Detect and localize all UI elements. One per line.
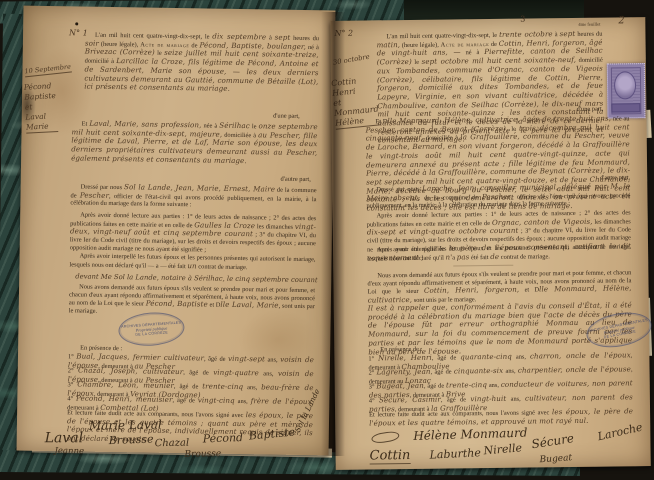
sheet-label: 4me feuillet <box>578 22 600 27</box>
section-divider <box>453 265 513 267</box>
groom-opening-paragraph: L'an mil huit cent quatre-vingt-dix-sept… <box>84 31 319 96</box>
signature: Sécure <box>531 431 575 451</box>
signature: Brousse <box>108 433 153 448</box>
revenue-stamp-band <box>611 103 640 112</box>
revenue-stamp <box>607 63 646 118</box>
book-cover-top-dark-edge <box>404 0 584 20</box>
scanned-marriage-register-spread: N° 1 10 Septembre Pécond Baptiste et Lav… <box>0 0 654 480</box>
margin-date: 10 Septembre <box>24 62 71 78</box>
interpelle-paragraph: Après avoir interpellé les futurs époux … <box>367 243 631 263</box>
bride-paragraph: Et Laval, Marie, sans profession, née à … <box>71 119 318 166</box>
signature: Brousse <box>184 449 221 460</box>
book-gutter-shadow <box>321 12 345 456</box>
union-paragraph: Nous avons demandé aux futurs époux s'il… <box>69 283 315 319</box>
closing-paragraph: Et lecture faite dudit acte aux comparan… <box>369 407 633 428</box>
contract-note: devant Me Sol la Lande, notaire à Sérilh… <box>75 272 318 284</box>
corner-mark: 2 <box>618 15 625 26</box>
officiant-paragraph: Dressé par nous Laroche, Jean, conseille… <box>366 182 630 210</box>
crossed-out-mark <box>371 430 400 444</box>
stamp-line: DE LA CORRÈZE <box>135 330 168 336</box>
signature: Pécond <box>203 431 244 445</box>
signature: Bugeat <box>539 453 572 465</box>
signature: Laburthe <box>429 446 481 461</box>
margin-name: Baptiste <box>24 91 56 103</box>
signature: Chazal <box>155 438 190 450</box>
interpelle-paragraph: Après avoir interpellé les futurs époux … <box>69 252 315 272</box>
right-page-acte-2: 3 4me feuillet 2 N° 2 30 octobre Cottin … <box>330 17 650 470</box>
left-page-acte-1: N° 1 10 Septembre Pécond Baptiste et Lav… <box>17 6 336 456</box>
margin-name: Marie <box>26 121 58 134</box>
signature: Hélène Monmaurd <box>413 426 527 443</box>
signature: Cottin <box>369 448 410 464</box>
signature: Jeanne <box>54 446 84 456</box>
page-number: 3 <box>520 15 525 24</box>
ink-dot <box>75 22 78 25</box>
margin-spouse-names: Pécond Baptiste et Laval Marie <box>24 81 58 134</box>
lecture-paragraph: Après avoir donné lecture aux parties : … <box>70 211 317 255</box>
officiant-paragraph: Dressé par nous Sol la Lande, Jean, Mari… <box>70 182 316 211</box>
revenue-stamp-medallion <box>614 71 636 99</box>
signature: Laval <box>45 430 83 446</box>
signature: Nirelle <box>483 441 522 457</box>
signature: Marie Laval <box>89 418 162 433</box>
